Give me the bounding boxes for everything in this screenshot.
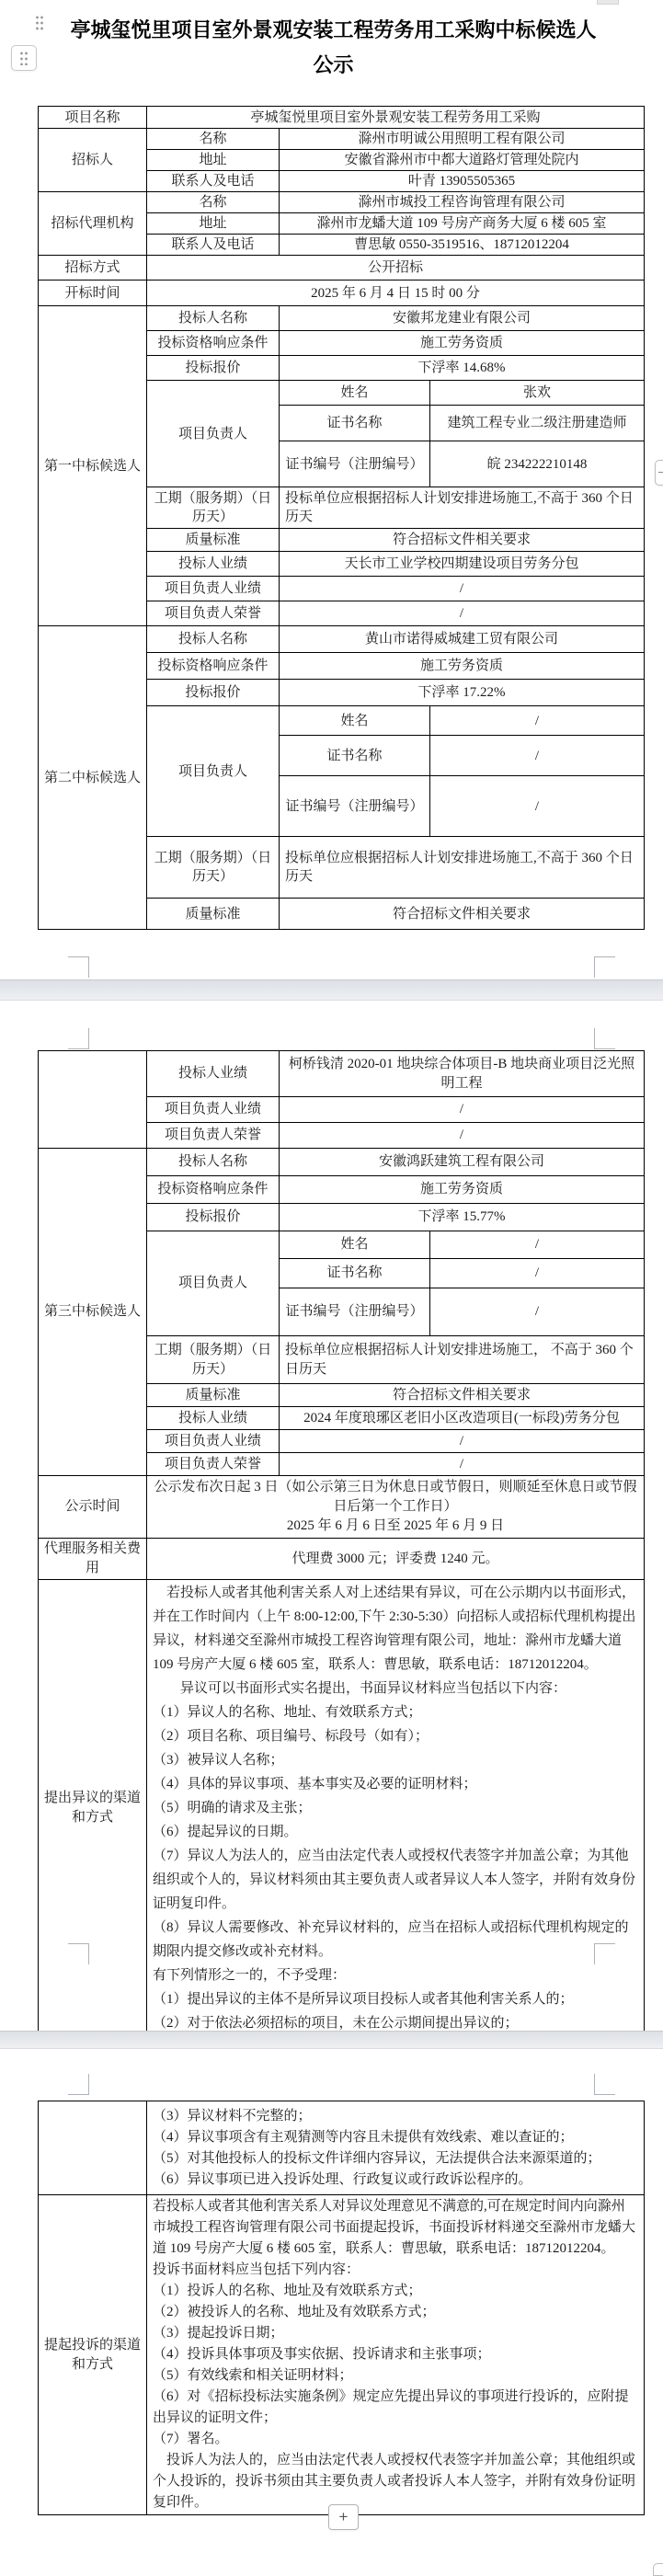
announcement-table-page3: （3）异议材料不完整的；（4）异议事项含有主观猜测等内容且未提供有效线索、难以查… (38, 2101, 645, 2515)
row-value: 滁州市龙蟠大道 109 号房产商务大厦 6 楼 605 室 (280, 213, 645, 235)
page-3: （3）异议材料不完整的；（4）异议事项含有主观猜测等内容且未提供有效线索、难以查… (0, 2049, 663, 2570)
announcement-table-page2: 投标人业绩柯桥钱清 2020-01 地块综合体项目-B 地块商业项目泛光照明工程… (38, 1050, 645, 2037)
table-row: 招标代理机构名称滁州市城投工程咨询管理有限公司 (39, 192, 645, 213)
row-label: 公示时间 (39, 1476, 147, 1539)
row-value: 安徽邦龙建业有限公司 (280, 306, 645, 331)
row-value: 天长市工业学校四期建设项目劳务分包 (280, 552, 645, 577)
table-row: 招标人名称滁州市明诚公用照明工程有限公司 (39, 129, 645, 150)
announcement-table-page1: 项目名称亭城玺悦里项目室外景观安装工程劳务用工采购招标人名称滁州市明诚公用照明工… (38, 106, 645, 930)
paragraph: （7）异议人为法人的，应当由法定代表人或授权代表签字并加盖公章；为其他组织或个人… (153, 1844, 638, 1916)
table-row: 提起投诉的渠道和方式若投标人或者其他利害关系人对异议处理意见不满意的,可在规定时… (39, 2195, 645, 2515)
paragraph: 2025 年 6 月 6 日至 2025 年 6 月 9 日 (153, 1517, 638, 1536)
row-value: 若投标人或者其他利害关系人对异议处理意见不满意的,可在规定时间内向滁州市城投工程… (147, 2195, 645, 2515)
row-value: 投标单位应根据招标人计划安排进场施工,不高于 360 个日历天 (280, 837, 645, 899)
row-value: 柯桥钱清 2020-01 地块综合体项目-B 地块商业项目泛光照明工程 (280, 1051, 645, 1097)
row-label: 招标方式 (39, 256, 147, 280)
grid-handle-icon (19, 51, 29, 65)
row-label: 投标报价 (147, 1204, 280, 1231)
row-value: / (430, 1259, 645, 1288)
row-label: 证书名称 (280, 736, 430, 776)
row-value: 符合招标文件相关要求 (280, 529, 645, 552)
row-label: 投标人业绩 (147, 1407, 280, 1430)
paragraph: （4）投诉具体事项及事实依据、投诉请求和主张事项； (153, 2344, 638, 2365)
paragraph: 异议可以书面形式实名提出，书面异议材料应当包括以下内容： (153, 1677, 638, 1700)
paragraph: 投诉书面材料应当包括下列内容： (153, 2260, 638, 2281)
row-label: 代理服务相关费用 (39, 1539, 147, 1580)
row-label: 证书编号（注册编号） (280, 441, 430, 487)
add-block-button[interactable]: + (328, 2504, 359, 2530)
table-row: 项目名称亭城玺悦里项目室外景观安装工程劳务用工采购 (39, 107, 645, 129)
paragraph: 若投标人或者其他利害关系人对上述结果有异议，可在公示期内以书面形式，并在工作时间… (153, 1581, 638, 1677)
row-label: 地址 (147, 150, 280, 171)
margin-mark (68, 2074, 89, 2095)
row-label: 证书编号（注册编号） (280, 776, 430, 837)
row-value: / (280, 1097, 645, 1123)
row-label: 质量标准 (147, 529, 280, 552)
row-label: 质量标准 (147, 1384, 280, 1407)
row-value: 安徽省滁州市中都大道路灯管理处院内 (280, 150, 645, 171)
row-value: 安徽鸿跃建筑工程有限公司 (280, 1149, 645, 1176)
paragraph: （6）对《招标投标法实施条例》规定应先提出异议的事项进行投诉的，应附提出异议的证… (153, 2387, 638, 2429)
row-value: 公开招标 (147, 256, 645, 280)
row-label: 质量标准 (147, 899, 280, 930)
paragraph: （4）具体的异议事项、基本事实及必要的证明材料； (153, 1772, 638, 1796)
row-value: 2025 年 6 月 4 日 15 时 00 分 (147, 280, 645, 306)
row-label: 名称 (147, 192, 280, 213)
row-value: 下浮率 15.77% (280, 1204, 645, 1231)
page-break (0, 2031, 663, 2049)
paragraph: （5）有效线索和相关证明材料； (153, 2365, 638, 2387)
row-label: 投标人名称 (147, 1149, 280, 1176)
paragraph: （5）对其他投标人的投标文件详细内容异议，无法提供合法来源渠道的； (153, 2148, 638, 2170)
row-label: 项目负责人业绩 (147, 1097, 280, 1123)
row-value: / (280, 1123, 645, 1149)
row-label: 投标资格响应条件 (147, 653, 280, 680)
row-value: 2024 年度琅琊区老旧小区改造项目(一标段)劳务分包 (280, 1407, 645, 1430)
margin-mark (594, 2074, 615, 2095)
row-value: 符合招标文件相关要求 (280, 899, 645, 930)
row-value: 张欢 (430, 381, 645, 406)
row-label: 工期（服务期）（日历天） (147, 837, 280, 899)
table-row: 公示时间公示发布次日起 3 日（如公示第三日为休息日或节假日，则顺延至休息日或节… (39, 1476, 645, 1539)
row-value: / (430, 776, 645, 837)
row-value: 施工劳务资质 (280, 653, 645, 680)
paragraph: （1）异议人的名称、地址、有效联系方式； (153, 1700, 638, 1724)
row-value: 代理费 3000 元；评委费 1240 元。 (147, 1539, 645, 1580)
row-label: 项目负责人荣誉 (147, 601, 280, 626)
drag-handle-icon[interactable] (35, 15, 44, 30)
paragraph: （3）异议材料不完整的； (153, 2106, 638, 2127)
row-value: 叶青 13905505365 (280, 171, 645, 192)
row-label: 开标时间 (39, 280, 147, 306)
row-label: 姓名 (280, 706, 430, 736)
row-value: / (430, 706, 645, 736)
margin-mark (594, 956, 615, 978)
margin-mark (594, 1028, 615, 1049)
row-value: / (280, 1430, 645, 1453)
grid-handle-button[interactable] (11, 45, 37, 71)
row-value: 皖 234222210148 (430, 441, 645, 487)
row-label: 投标报价 (147, 356, 280, 381)
margin-mark (68, 1943, 89, 1964)
row-value: / (430, 736, 645, 776)
paragraph: （2）被投诉人的名称、地址及有效联系方式； (153, 2302, 638, 2323)
paragraph: （6）异议事项已进入投诉处理、行政复议或行政诉讼程序的。 (153, 2170, 638, 2191)
row-label: 招标人 (39, 129, 147, 192)
paragraph: （2）项目名称、项目编号、标段号（如有）； (153, 1724, 638, 1748)
row-value: / (430, 1231, 645, 1259)
row-value: 投标单位应根据招标人计划安排进场施工， 不高于 360 个日历天 (280, 1336, 645, 1384)
row-label: 项目负责人 (147, 706, 280, 837)
row-label: 项目名称 (39, 107, 147, 129)
table-row: 招标方式公开招标 (39, 256, 645, 280)
row-label: 第二中标候选人 (39, 626, 147, 930)
table-row: 第二中标候选人投标人名称黄山市诺得威城建工贸有限公司 (39, 626, 645, 653)
plus-icon: + (339, 2508, 349, 2526)
toolbar-fragment (597, 0, 619, 5)
corner-toolbar-button[interactable] (653, 2563, 663, 2576)
row-value: 曹思敏 0550-3519516、18712012204 (280, 235, 645, 256)
row-label: 名称 (147, 129, 280, 150)
table-row: 第一中标候选人投标人名称安徽邦龙建业有限公司 (39, 306, 645, 331)
row-label: 投标人业绩 (147, 552, 280, 577)
row-label: 提出异议的渠道和方式 (39, 1580, 147, 2037)
row-value: 公示发布次日起 3 日（如公示第三日为休息日或节假日，则顺延至休息日或节假日后第… (147, 1476, 645, 1539)
table-row: （3）异议材料不完整的；（4）异议事项含有主观猜测等内容且未提供有效线索、难以查… (39, 2101, 645, 2195)
page-2: 投标人业绩柯桥钱清 2020-01 地块综合体项目-B 地块商业项目泛光照明工程… (0, 1001, 663, 2031)
row-value: 施工劳务资质 (280, 1176, 645, 1204)
table-row: 投标人业绩柯桥钱清 2020-01 地块综合体项目-B 地块商业项目泛光照明工程 (39, 1051, 645, 1097)
row-label: 姓名 (280, 381, 430, 406)
row-value: 投标单位应根据招标人计划安排进场施工,不高于 360 个日历天 (280, 487, 645, 529)
row-value: 亭城玺悦里项目室外景观安装工程劳务用工采购 (147, 107, 645, 129)
row-value: 若投标人或者其他利害关系人对上述结果有异议，可在公示期内以书面形式，并在工作时间… (147, 1580, 645, 2037)
row-label: 项目负责人 (147, 1231, 280, 1336)
row-value: 滁州市明诚公用照明工程有限公司 (280, 129, 645, 150)
row-label: 投标人名称 (147, 306, 280, 331)
row-value: 滁州市城投工程咨询管理有限公司 (280, 192, 645, 213)
row-label: 地址 (147, 213, 280, 235)
row-label: 第三中标候选人 (39, 1149, 147, 1476)
paragraph: 若投标人或者其他利害关系人对异议处理意见不满意的,可在规定时间内向滁州市城投工程… (153, 2196, 638, 2260)
row-value: / (280, 601, 645, 626)
row-label: 提起投诉的渠道和方式 (39, 2195, 147, 2515)
row-value: 黄山市诺得威城建工贸有限公司 (280, 626, 645, 653)
row-value: （3）异议材料不完整的；（4）异议事项含有主观猜测等内容且未提供有效线索、难以查… (147, 2101, 645, 2195)
row-label: 姓名 (280, 1231, 430, 1259)
row-label: 证书编号（注册编号） (280, 1288, 430, 1336)
row-label: 证书名称 (280, 1259, 430, 1288)
paragraph: （7）署名。 (153, 2429, 638, 2450)
row-label: 工期（服务期）（日历天） (147, 487, 280, 529)
margin-mark (68, 956, 89, 978)
table-row: 提出异议的渠道和方式若投标人或者其他利害关系人对上述结果有异议，可在公示期内以书… (39, 1580, 645, 2037)
document-viewer: { "title": "亭城玺悦里项目室外景观安装工程劳务用工采购中标候选人公示… (0, 0, 663, 2570)
row-label: 投标人业绩 (147, 1051, 280, 1097)
row-value: 下浮率 14.68% (280, 356, 645, 381)
row-label: 投标资格响应条件 (147, 331, 280, 356)
row-label: 项目负责人荣誉 (147, 1453, 280, 1476)
paragraph: （3）被异议人名称； (153, 1748, 638, 1772)
page-1: 亭城玺悦里项目室外景观安装工程劳务用工采购中标候选人公示 项目名称亭城玺悦里项目… (0, 0, 663, 979)
margin-mark (68, 1028, 89, 1049)
row-label: 投标人名称 (147, 626, 280, 653)
row-value: 下浮率 17.22% (280, 680, 645, 706)
row-value: / (280, 1453, 645, 1476)
row-value: 符合招标文件相关要求 (280, 1384, 645, 1407)
row-label (39, 2101, 147, 2195)
row-value: / (280, 577, 645, 601)
paragraph: （5）明确的请求及主张； (153, 1796, 638, 1820)
row-label: 投标报价 (147, 680, 280, 706)
page-break (0, 979, 663, 1001)
paragraph: （1）提出异议的主体不是所异议项目投标人或者其他利害关系人的； (153, 1987, 638, 2011)
row-label: 项目负责人 (147, 381, 280, 487)
row-label: 项目负责人业绩 (147, 1430, 280, 1453)
row-label: 项目负责人业绩 (147, 577, 280, 601)
paragraph: （6）提起异议的日期。 (153, 1820, 638, 1844)
paragraph: （8）异议人需要修改、补充异议材料的，应当在招标人或招标代理机构规定的期限内提交… (153, 1916, 638, 1963)
row-label: 证书名称 (280, 406, 430, 441)
row-label: 投标资格响应条件 (147, 1176, 280, 1204)
row-label: 第一中标候选人 (39, 306, 147, 626)
row-label: 联系人及电话 (147, 235, 280, 256)
side-toolbar-button[interactable] (655, 460, 663, 486)
row-label: 工期（服务期）（日历天） (147, 1336, 280, 1384)
row-label: 项目负责人荣誉 (147, 1123, 280, 1149)
margin-mark (594, 1943, 615, 1964)
row-label: 招标代理机构 (39, 192, 147, 256)
paragraph: （3）提起投诉日期； (153, 2323, 638, 2344)
page-title: 亭城玺悦里项目室外景观安装工程劳务用工采购中标候选人公示 (69, 13, 598, 83)
row-label (39, 1051, 147, 1149)
row-value: / (430, 1288, 645, 1336)
table-row: 第三中标候选人投标人名称安徽鸿跃建筑工程有限公司 (39, 1149, 645, 1176)
paragraph: （4）异议事项含有主观猜测等内容且未提供有效线索、难以查证的； (153, 2127, 638, 2148)
paragraph: 有下列情形之一的，不予受理： (153, 1963, 638, 1987)
paragraph: 投诉人为法人的，应当由法定代表人或授权代表签字并加盖公章；其他组织或个人投诉的，… (153, 2450, 638, 2513)
table-row: 开标时间2025 年 6 月 4 日 15 时 00 分 (39, 280, 645, 306)
table-row: 代理服务相关费用代理费 3000 元；评委费 1240 元。 (39, 1539, 645, 1580)
paragraph: （1）投诉人的名称、地址及有效联系方式； (153, 2281, 638, 2302)
paragraph: 公示发布次日起 3 日（如公示第三日为休息日或节假日，则顺延至休息日或节假日后第… (153, 1478, 638, 1517)
row-value: 施工劳务资质 (280, 331, 645, 356)
row-value: 建筑工程专业二级注册建造师 (430, 406, 645, 441)
row-label: 联系人及电话 (147, 171, 280, 192)
